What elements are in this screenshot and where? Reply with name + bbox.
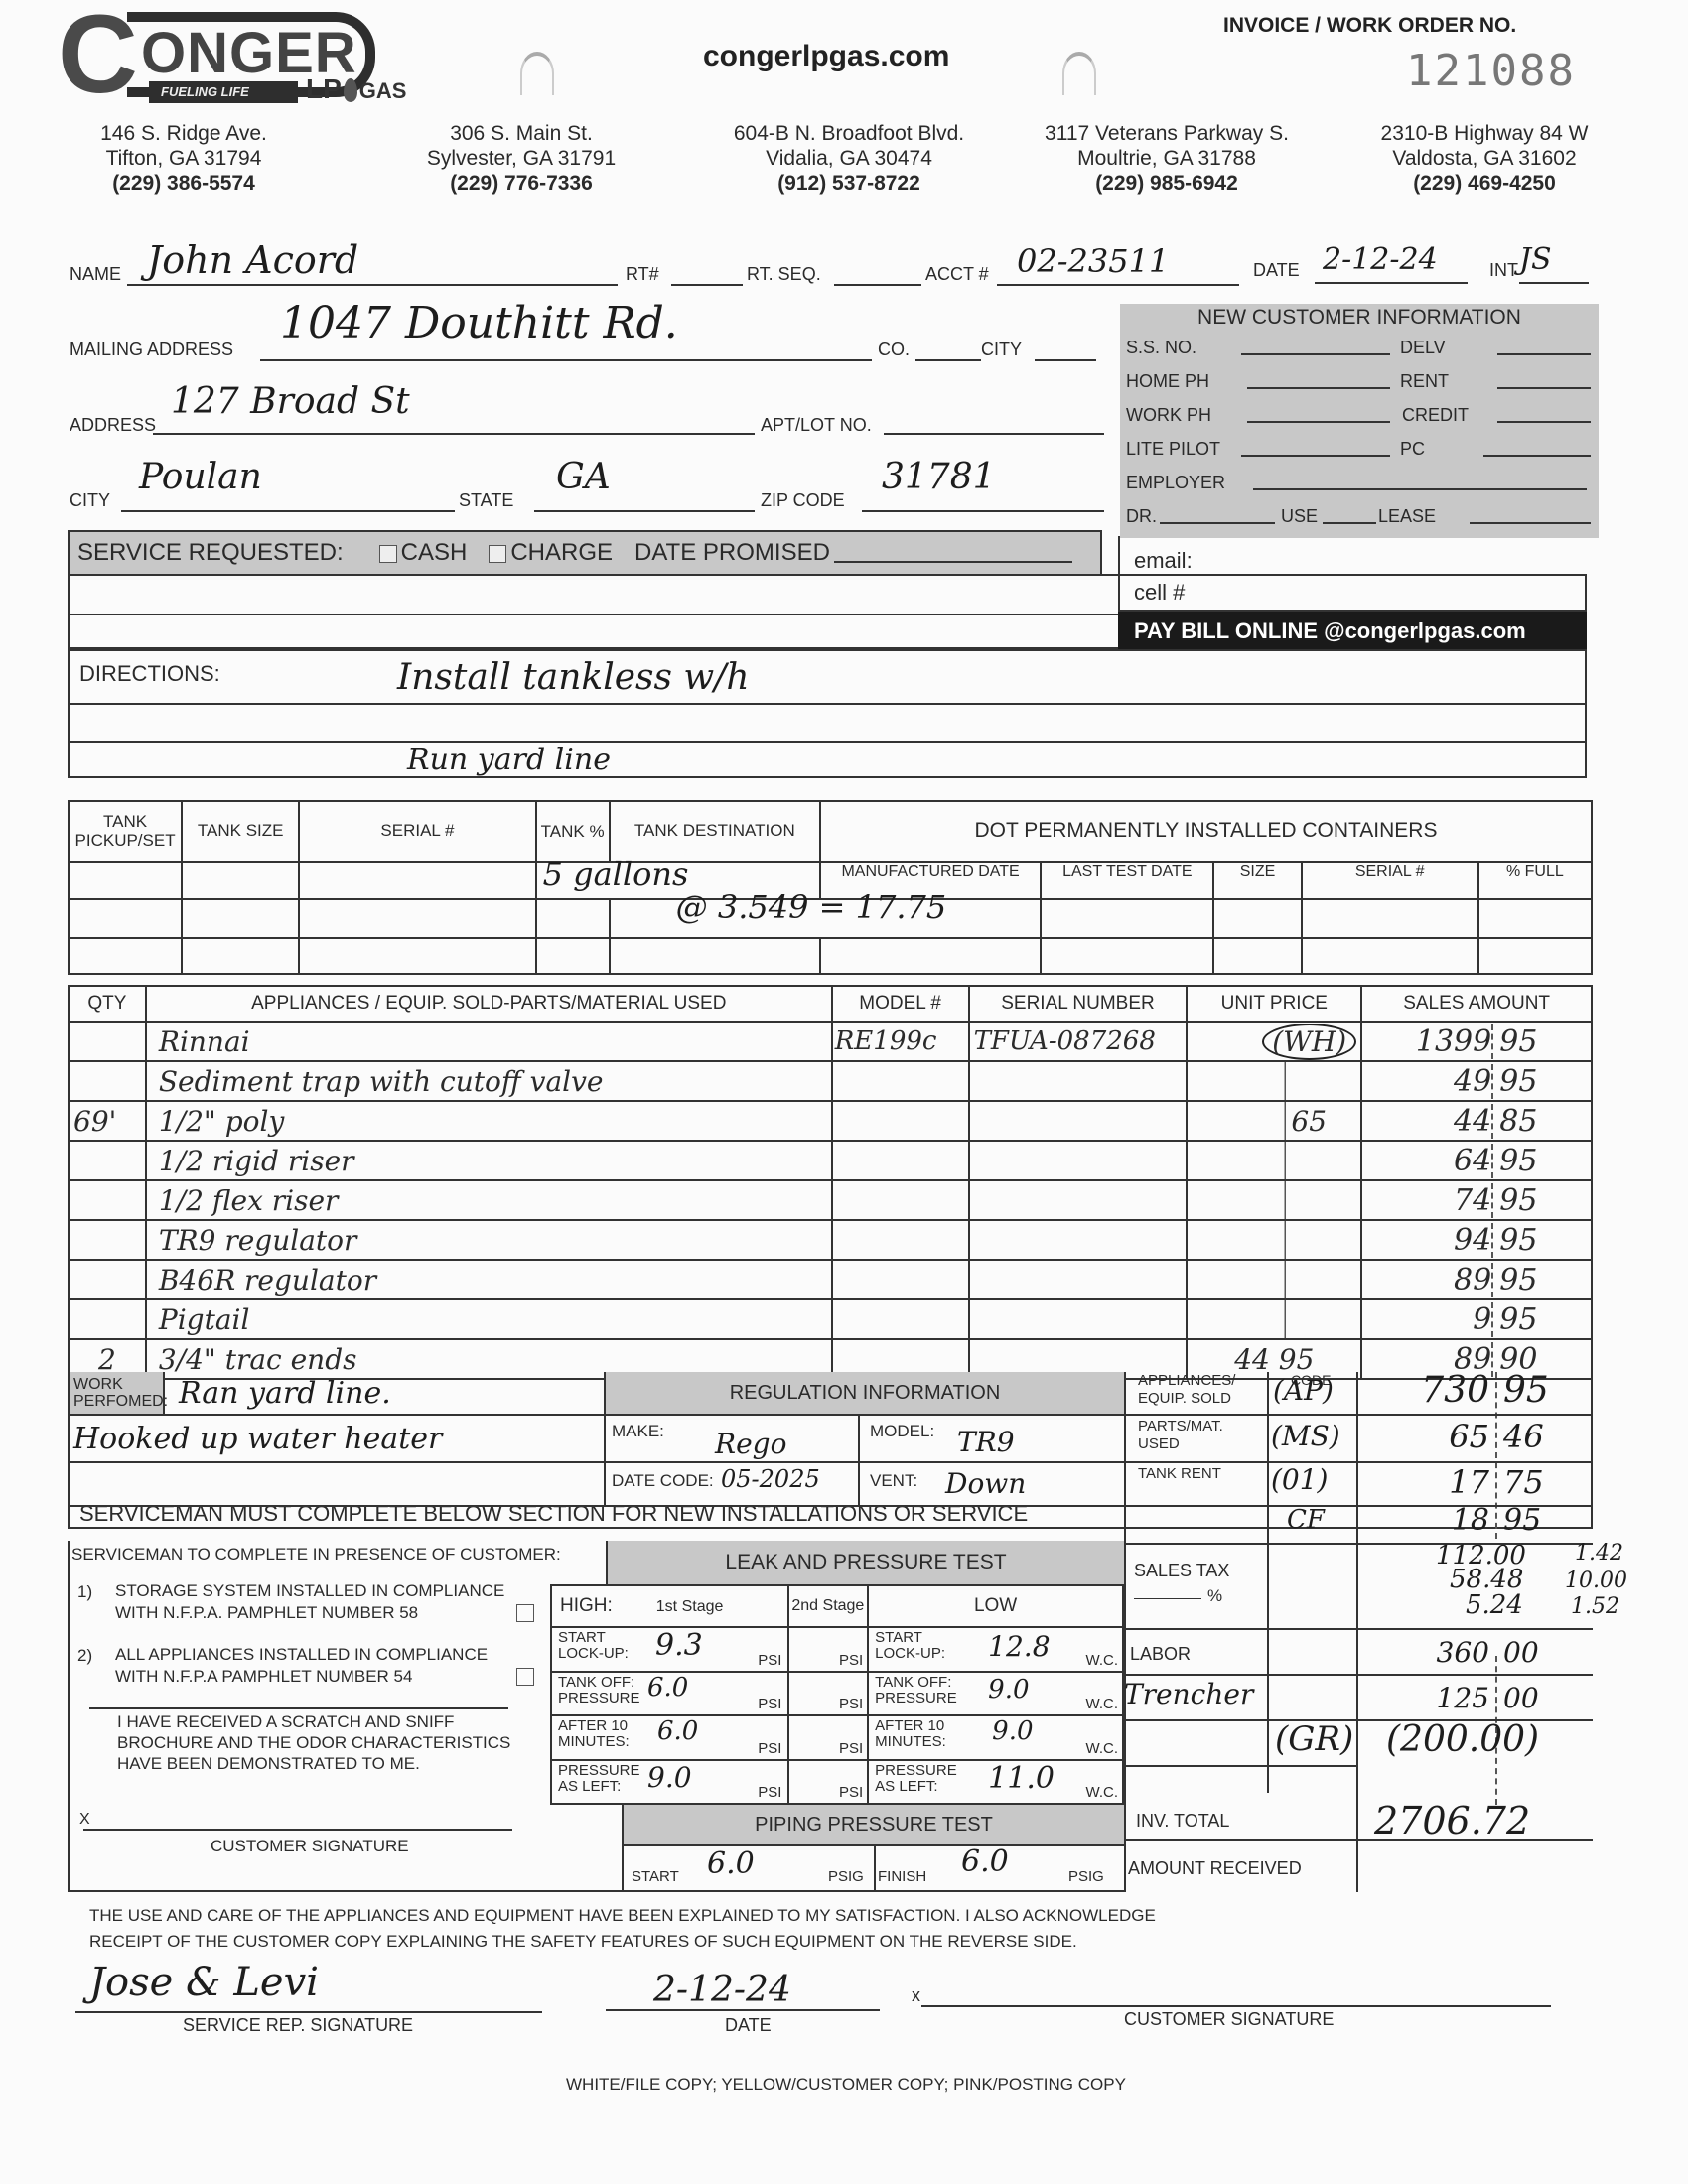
acct-label: ACCT # bbox=[925, 264, 989, 285]
parts-code: (MS) bbox=[1271, 1420, 1340, 1452]
compliance-item-1: STORAGE SYSTEM INSTALLED IN COMPLIANCE W… bbox=[115, 1580, 532, 1624]
compliance-customer-signature-field[interactable] bbox=[83, 1829, 512, 1831]
first-stage-label: 1st Stage bbox=[656, 1598, 724, 1615]
work-line-2: Hooked up water heater bbox=[73, 1422, 442, 1456]
items-table: QTY APPLIANCES / EQUIP. SOLD-PARTS/MATER… bbox=[68, 985, 1593, 1380]
model-label: MODEL: bbox=[870, 1422, 934, 1441]
directions-label: DIRECTIONS: bbox=[79, 661, 220, 687]
table-row[interactable]: TR9 regulator 9495 bbox=[69, 1220, 1592, 1260]
acknowledgement-line-2: RECEIPT OF THE CUSTOMER COPY EXPLAINING … bbox=[89, 1932, 1077, 1952]
extra-dollars: 18 bbox=[1386, 1503, 1489, 1538]
sales-tax-pct-field[interactable] bbox=[1134, 1598, 1201, 1599]
parts-dollars: 65 bbox=[1386, 1418, 1489, 1455]
extra-code: CF bbox=[1287, 1505, 1325, 1535]
location-valdosta: 2310-B Highway 84 W Valdosta, GA 31602 (… bbox=[1340, 121, 1628, 196]
col-qty: QTY bbox=[69, 986, 146, 1022]
leak-row-tank-off: TANK OFF: PRESSURE6.0PSI PSI TANK OFF: P… bbox=[551, 1672, 1123, 1715]
inv-total-value: 2706.72 bbox=[1374, 1799, 1530, 1843]
table-row[interactable]: B46R regulator 8995 bbox=[69, 1260, 1592, 1299]
website: congerlpgas.com bbox=[703, 40, 949, 73]
new-customer-title: NEW CUSTOMER INFORMATION bbox=[1120, 306, 1599, 330]
footer-date-value: 2-12-24 bbox=[653, 1970, 791, 2010]
mailing-city-field[interactable] bbox=[1035, 340, 1096, 361]
punch-hole bbox=[1062, 52, 1096, 95]
rt-seq-label: RT. SEQ. bbox=[747, 264, 821, 285]
locations: 146 S. Ridge Ave. Tifton, GA 31794 (229)… bbox=[40, 121, 1668, 196]
dr-field[interactable] bbox=[1160, 522, 1275, 524]
location-tifton: 146 S. Ridge Ave. Tifton, GA 31794 (229)… bbox=[40, 121, 328, 196]
rt-field[interactable] bbox=[671, 264, 743, 286]
email-label: email: bbox=[1134, 548, 1193, 574]
logo-tagline: FUELING LIFE bbox=[149, 84, 249, 99]
leak-row-after-10: AFTER 10 MINUTES:6.0PSI PSI AFTER 10 MIN… bbox=[551, 1715, 1123, 1759]
date-label: DATE bbox=[1253, 260, 1300, 281]
piping-test-row bbox=[622, 1844, 1124, 1892]
tank-note-gallons: 5 gallons bbox=[543, 855, 689, 892]
city-label: CITY bbox=[70, 490, 110, 511]
service-requested-notes[interactable] bbox=[68, 574, 1120, 649]
zip-label: ZIP CODE bbox=[761, 490, 845, 511]
footer-date-field[interactable] bbox=[606, 2009, 880, 2011]
gr-code: (GR) bbox=[1275, 1719, 1353, 1759]
acknowledgement-line-1: THE USE AND CARE OF THE APPLIANCES AND E… bbox=[89, 1906, 1156, 1926]
credit-field[interactable] bbox=[1497, 421, 1591, 423]
city-field[interactable]: Poulan bbox=[121, 457, 455, 512]
labor-label: LABOR bbox=[1130, 1644, 1191, 1665]
service-rep-signature-label: SERVICE REP. SIGNATURE bbox=[183, 2015, 413, 2036]
col-sales-amount: SALES AMOUNT bbox=[1361, 986, 1592, 1022]
pc-field[interactable] bbox=[1483, 455, 1591, 457]
appliances-sold-label: APPLIANCES/ EQUIP. SOLD bbox=[1138, 1372, 1257, 1408]
charge-checkbox[interactable] bbox=[489, 545, 506, 563]
vent-label: VENT: bbox=[870, 1471, 917, 1491]
rent-label: RENT bbox=[1400, 371, 1449, 392]
sales-tax-pct: % bbox=[1207, 1586, 1222, 1606]
piping-test-title: PIPING PRESSURE TEST bbox=[622, 1805, 1124, 1844]
piping-finish-label: FINISH bbox=[878, 1868, 926, 1885]
pay-bill-banner[interactable]: PAY BILL ONLINE @congerlpgas.com bbox=[1118, 612, 1587, 651]
tank-rent-label: TANK RENT bbox=[1138, 1465, 1221, 1482]
compliance-heading: SERVICEMAN TO COMPLETE IN PRESENCE OF CU… bbox=[71, 1545, 561, 1565]
amount-received-field[interactable] bbox=[1358, 1841, 1591, 1890]
compliance-checkbox-1[interactable] bbox=[516, 1604, 534, 1622]
address-label: ADDRESS bbox=[70, 415, 156, 436]
labor-dollars: 360 bbox=[1386, 1636, 1489, 1669]
col-serial-number: SERIAL NUMBER bbox=[969, 986, 1188, 1022]
dr-label: DR. bbox=[1126, 506, 1157, 527]
date-promised-label: DATE PROMISED bbox=[634, 539, 830, 567]
pc-label: PC bbox=[1400, 439, 1425, 460]
footer-customer-signature-label: CUSTOMER SIGNATURE bbox=[1124, 2009, 1334, 2030]
date-promised-field[interactable] bbox=[834, 543, 1072, 563]
scratch-sniff-statement: I HAVE RECEIVED A SCRATCH AND SNIFF BROC… bbox=[117, 1711, 544, 1774]
work-ph-field[interactable] bbox=[1247, 421, 1390, 423]
compliance-item-2: ALL APPLIANCES INSTALLED IN COMPLIANCE W… bbox=[115, 1644, 522, 1688]
make-value: Rego bbox=[715, 1428, 786, 1460]
location-sylvester: 306 S. Main St. Sylvester, GA 31791 (229… bbox=[377, 121, 665, 196]
tank-rent-cents: 75 bbox=[1503, 1463, 1544, 1501]
dot-containers-title: DOT PERMANENTLY INSTALLED CONTAINERS bbox=[820, 801, 1592, 862]
mailing-label: MAILING ADDRESS bbox=[70, 340, 233, 360]
tax-side-2: 10.00 bbox=[1565, 1569, 1627, 1593]
gr-amount: (200.00) bbox=[1386, 1719, 1539, 1760]
co-label: CO. bbox=[878, 340, 910, 360]
state-label: STATE bbox=[459, 490, 513, 511]
make-label: MAKE: bbox=[612, 1422, 664, 1441]
tax-side-3: 1.52 bbox=[1571, 1594, 1619, 1619]
col-dot-serial: SERIAL # bbox=[1302, 862, 1478, 899]
work-ph-label: WORK PH bbox=[1126, 405, 1211, 426]
trencher-cents: 00 bbox=[1503, 1682, 1539, 1714]
table-row[interactable]: 1/2 flex riser 7495 bbox=[69, 1180, 1592, 1220]
address-field[interactable]: 127 Broad St bbox=[153, 381, 755, 435]
appliances-dollars: 730 bbox=[1386, 1370, 1489, 1411]
table-row[interactable]: 69' 1/2" poly 65 4485 bbox=[69, 1101, 1592, 1141]
lite-pilot-field[interactable] bbox=[1241, 455, 1390, 457]
col-tank-destination: TANK DESTINATION bbox=[610, 801, 820, 862]
date-field[interactable]: 2-12-24 bbox=[1315, 242, 1468, 284]
leak-test-table: HIGH:1st Stage 2nd Stage LOW START LOCK-… bbox=[550, 1584, 1124, 1805]
lease-label: LEASE bbox=[1378, 506, 1436, 527]
service-requested-label: SERVICE REQUESTED: bbox=[77, 539, 344, 567]
directions-box[interactable]: DIRECTIONS: Install tankless w/h Run yar… bbox=[68, 649, 1587, 778]
flame-icon bbox=[344, 78, 357, 102]
use-label: USE bbox=[1281, 506, 1318, 527]
rent-field[interactable] bbox=[1497, 387, 1591, 389]
parts-used-label: PARTS/MAT. USED bbox=[1138, 1418, 1237, 1453]
table-row[interactable]: Sediment trap with cutoff valve 4995 bbox=[69, 1061, 1592, 1101]
directions-line-2: Run yard line bbox=[407, 743, 611, 777]
table-row[interactable]: Pigtail 995 bbox=[69, 1299, 1592, 1339]
invoice-number: 121088 bbox=[1406, 46, 1576, 96]
col-last-test-date: LAST TEST DATE bbox=[1041, 862, 1213, 899]
col-serial: SERIAL # bbox=[299, 801, 535, 862]
rt-label: RT# bbox=[626, 264, 659, 285]
compliance-checkbox-2[interactable] bbox=[516, 1668, 534, 1686]
copy-distribution: WHITE/FILE COPY; YELLOW/CUSTOMER COPY; P… bbox=[566, 2075, 1126, 2095]
col-tank-size: TANK SIZE bbox=[182, 801, 299, 862]
col-pct-full: % FULL bbox=[1478, 862, 1592, 899]
trencher-label: Trencher bbox=[1124, 1678, 1253, 1710]
piping-start-label: START bbox=[632, 1868, 679, 1885]
work-line-1: Ran yard line. bbox=[179, 1376, 391, 1411]
service-rep-signature-value: Jose & Levi bbox=[89, 1960, 319, 2005]
col-size: SIZE bbox=[1213, 862, 1301, 899]
cash-checkbox[interactable] bbox=[379, 545, 397, 563]
labor-cents: 00 bbox=[1503, 1636, 1539, 1669]
ss-label: S.S. NO. bbox=[1126, 338, 1196, 358]
mailing-city-label: CITY bbox=[981, 340, 1022, 360]
apt-field[interactable] bbox=[884, 415, 1104, 435]
home-ph-field[interactable] bbox=[1247, 387, 1390, 389]
employer-label: EMPLOYER bbox=[1126, 473, 1225, 493]
location-vidalia: 604-B N. Broadfoot Blvd. Vidalia, GA 304… bbox=[695, 121, 1003, 196]
appliances-code: (AP) bbox=[1273, 1374, 1334, 1407]
tank-rent-dollars: 17 bbox=[1386, 1463, 1489, 1501]
rt-seq-field[interactable] bbox=[834, 264, 921, 286]
table-row[interactable]: Rinnai RE199c TFUA-087268 (WH) 139995 bbox=[69, 1022, 1592, 1061]
table-row[interactable]: 1/2 rigid riser 6495 bbox=[69, 1141, 1592, 1180]
cash-option[interactable]: CASH bbox=[379, 539, 468, 567]
logo-letter-c: C bbox=[58, 0, 134, 118]
mailing-field[interactable]: 1047 Douthitt Rd. bbox=[260, 298, 872, 361]
date-code-value: 05-2025 bbox=[721, 1465, 820, 1493]
parts-cents: 46 bbox=[1503, 1418, 1544, 1455]
charge-option[interactable]: CHARGE bbox=[489, 539, 613, 567]
punch-hole bbox=[520, 52, 554, 95]
footer-date-label: DATE bbox=[725, 2015, 772, 2036]
work-performed-label: WORK PERFOMED: bbox=[70, 1372, 165, 1414]
col-tank-pickup: TANK PICKUP/SET bbox=[69, 801, 182, 862]
name-field[interactable]: John Acord bbox=[127, 238, 618, 286]
tank-table: TANK PICKUP/SET TANK SIZE SERIAL # TANK … bbox=[68, 800, 1593, 975]
footer-customer-signature-field[interactable] bbox=[921, 2005, 1551, 2007]
cell-label: cell # bbox=[1134, 580, 1185, 605]
int-field[interactable]: JS bbox=[1519, 242, 1589, 284]
use-field[interactable] bbox=[1323, 522, 1376, 524]
logo-tagline-bar: FUELING LIFE bbox=[149, 81, 298, 103]
tank-rent-code: (01) bbox=[1271, 1463, 1328, 1496]
state-field[interactable]: GA bbox=[534, 457, 755, 512]
piping-finish-value[interactable]: 6.0 bbox=[961, 1844, 1009, 1879]
delv-label: DELV bbox=[1400, 338, 1446, 358]
location-moultrie: 3117 Veterans Parkway S. Moultrie, GA 31… bbox=[1013, 121, 1321, 196]
logo-lp: LP bbox=[306, 73, 342, 104]
compliance-customer-signature-label: CUSTOMER SIGNATURE bbox=[211, 1837, 409, 1856]
service-requested-bar: SERVICE REQUESTED: CASH CHARGE DATE PROM… bbox=[68, 530, 1102, 576]
tank-note-price: @ 3.549 = 17.75 bbox=[676, 888, 947, 926]
name-label: NAME bbox=[70, 264, 121, 285]
lease-field[interactable] bbox=[1470, 522, 1591, 524]
service-rep-signature-field[interactable] bbox=[75, 2011, 542, 2013]
low-label: LOW bbox=[868, 1585, 1123, 1627]
cell-field[interactable]: cell # bbox=[1118, 574, 1587, 612]
col-description: APPLIANCES / EQUIP. SOLD-PARTS/MATERIAL … bbox=[146, 986, 832, 1022]
zip-field[interactable]: 31781 bbox=[862, 457, 1104, 512]
model-value: TR9 bbox=[957, 1426, 1015, 1458]
col-unit-price: UNIT PRICE bbox=[1187, 986, 1361, 1022]
leak-test-title: LEAK AND PRESSURE TEST bbox=[606, 1541, 1124, 1584]
regulation-grid bbox=[604, 1414, 1124, 1505]
tax-calc-3: 5.24 bbox=[1466, 1590, 1523, 1620]
lite-pilot-label: LITE PILOT bbox=[1126, 439, 1220, 460]
apt-label: APT/LOT NO. bbox=[761, 415, 872, 436]
high-label: HIGH: bbox=[560, 1595, 613, 1616]
employer-field[interactable] bbox=[1253, 488, 1587, 490]
leak-row-start-lockup: START LOCK-UP:9.3PSI PSI START LOCK-UP:1… bbox=[551, 1627, 1123, 1671]
invoice-label: INVOICE / WORK ORDER NO. bbox=[1223, 14, 1516, 38]
acct-field[interactable]: 02-23511 bbox=[997, 242, 1239, 286]
new-customer-info-panel: NEW CUSTOMER INFORMATION S.S. NO. DELV H… bbox=[1120, 304, 1599, 538]
leak-row-as-left: PRESSURE AS LEFT:9.0PSI PSI PRESSURE AS … bbox=[551, 1760, 1123, 1804]
delv-field[interactable] bbox=[1497, 353, 1591, 355]
appliances-cents: 95 bbox=[1503, 1370, 1549, 1411]
credit-label: CREDIT bbox=[1402, 405, 1469, 426]
wh-code: (WH) bbox=[1262, 1024, 1356, 1060]
home-ph-label: HOME PH bbox=[1126, 371, 1209, 392]
trencher-dollars: 125 bbox=[1386, 1682, 1489, 1714]
date-code-label: DATE CODE: bbox=[612, 1471, 714, 1491]
piping-start-value[interactable]: 6.0 bbox=[707, 1846, 755, 1881]
directions-line-1: Install tankless w/h bbox=[397, 657, 750, 698]
second-stage-label: 2nd Stage bbox=[788, 1585, 868, 1627]
tax-side-1: 1.42 bbox=[1575, 1541, 1623, 1566]
amount-received-label: AMOUNT RECEIVED bbox=[1128, 1858, 1302, 1879]
ss-field[interactable] bbox=[1241, 353, 1390, 355]
inv-total-label: INV. TOTAL bbox=[1136, 1811, 1229, 1832]
co-field[interactable] bbox=[915, 340, 981, 361]
col-model: MODEL # bbox=[832, 986, 969, 1022]
company-logo: C ONGER FUELING LIFE LPGAS bbox=[58, 8, 415, 107]
regulation-title: REGULATION INFORMATION bbox=[604, 1372, 1124, 1414]
col-tank-pct: TANK % bbox=[536, 801, 610, 862]
logo-gas: GAS bbox=[359, 78, 407, 103]
extra-cents: 95 bbox=[1503, 1503, 1541, 1538]
int-label: INT bbox=[1489, 260, 1518, 281]
sales-tax-label: SALES TAX bbox=[1134, 1561, 1229, 1581]
vent-value: Down bbox=[945, 1467, 1026, 1500]
